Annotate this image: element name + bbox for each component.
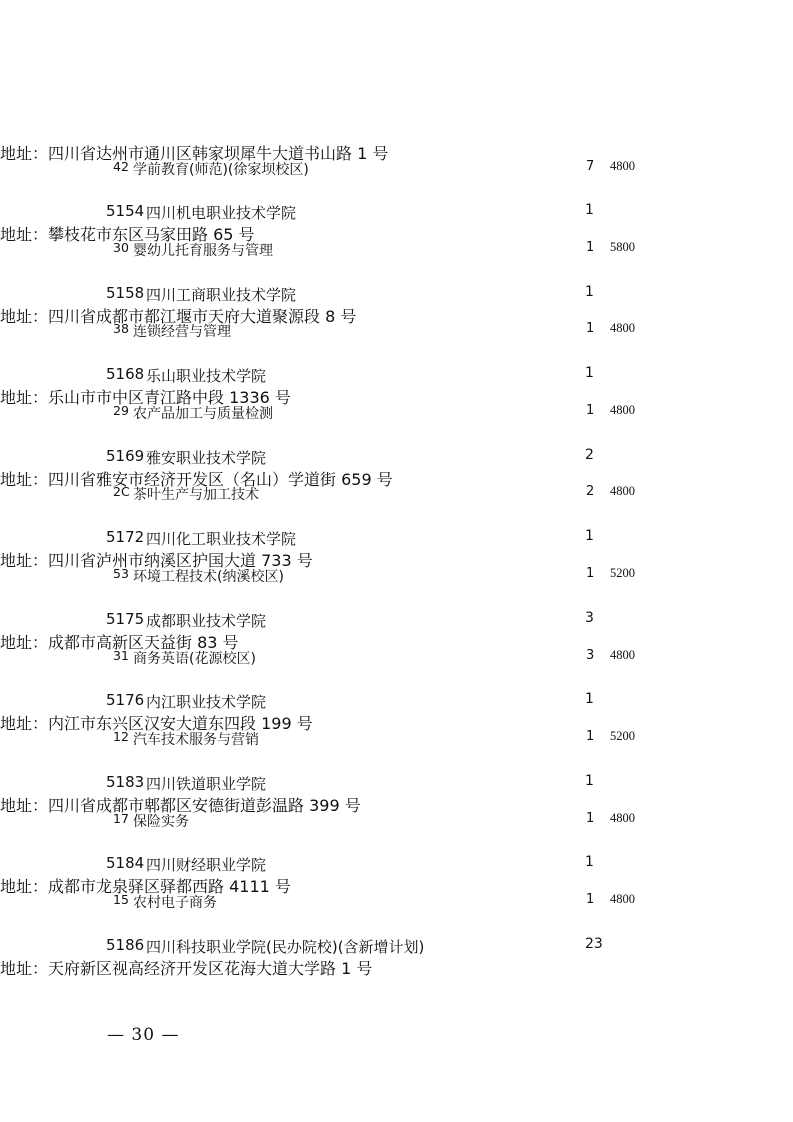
tuition-fee: 4800 xyxy=(610,321,635,336)
plan-count: 1 xyxy=(585,691,594,707)
plan-count: 1 xyxy=(586,729,596,744)
school-code: 5183 xyxy=(106,773,144,791)
plan-count: 1 xyxy=(586,566,596,581)
school-name: 四川财经职业学院 xyxy=(146,854,266,875)
major-code: 31 xyxy=(113,648,129,663)
major-code: 30 xyxy=(113,240,129,255)
plan-count: 1 xyxy=(586,321,596,336)
address-label: 地址： xyxy=(0,714,48,733)
school-name: 乐山职业技术学院 xyxy=(146,365,266,386)
tuition-fee: 4800 xyxy=(610,403,635,418)
plan-count: 1 xyxy=(586,403,596,418)
address-label: 地址： xyxy=(0,225,48,244)
plan-count: 7 xyxy=(586,159,596,174)
tuition-fee: 4800 xyxy=(610,159,635,174)
major-code: 53 xyxy=(113,566,129,581)
plan-count: 3 xyxy=(585,610,594,626)
major-code: 15 xyxy=(113,892,129,907)
address-text: 天府新区视高经济开发区花海大道大学路 1 号 xyxy=(48,959,372,978)
address-label: 地址： xyxy=(0,470,48,489)
address-line: 地址：天府新区视高经济开发区花海大道大学路 1 号 xyxy=(0,956,793,979)
major-name: 婴幼儿托育服务与管理 xyxy=(133,240,273,260)
major-name: 汽车技术服务与营销 xyxy=(133,729,259,749)
major-name: 商务英语(花源校区) xyxy=(133,648,256,668)
plan-count: 1 xyxy=(585,284,594,300)
plan-count: 23 xyxy=(585,936,603,952)
school-code: 5168 xyxy=(106,365,144,383)
plan-count: 3 xyxy=(586,648,596,663)
school-code: 5184 xyxy=(106,854,144,872)
school-code: 5158 xyxy=(106,284,144,302)
major-code: 42 xyxy=(113,159,129,174)
major-name: 学前教育(师范)(徐家坝校区) xyxy=(133,159,309,179)
major-name: 农村电子商务 xyxy=(133,892,217,912)
school-code: 5176 xyxy=(106,691,144,709)
plan-count: 1 xyxy=(586,892,596,907)
tuition-fee: 4800 xyxy=(610,811,635,826)
plan-count: 2 xyxy=(585,447,594,463)
address-label: 地址： xyxy=(0,877,48,896)
major-name: 环境工程技术(纳溪校区) xyxy=(133,566,284,586)
major-name: 保险实务 xyxy=(133,811,189,831)
address-label: 地址： xyxy=(0,551,48,570)
school-name: 四川化工职业技术学院 xyxy=(146,528,296,549)
address-label: 地址： xyxy=(0,633,48,652)
school-name: 四川机电职业技术学院 xyxy=(146,202,296,223)
school-name: 四川工商职业技术学院 xyxy=(146,284,296,305)
tuition-fee: 5800 xyxy=(610,240,635,255)
plan-count: 1 xyxy=(585,365,594,381)
major-code: 38 xyxy=(113,321,129,336)
major-code: 29 xyxy=(113,403,129,418)
school-code: 5169 xyxy=(106,447,144,465)
tuition-fee: 5200 xyxy=(610,729,635,744)
plan-count: 1 xyxy=(586,240,596,255)
address-text: 四川省成都市郫都区安德街道彭温路 399 号 xyxy=(48,796,361,815)
school-name: 成都职业技术学院 xyxy=(146,610,266,631)
school-name: 四川科技职业学院(民办院校)(含新增计划) xyxy=(146,936,424,957)
major-code: 17 xyxy=(113,811,129,826)
tuition-fee: 4800 xyxy=(610,648,635,663)
address-label: 地址： xyxy=(0,796,48,815)
major-code: 12 xyxy=(113,729,129,744)
school-code: 5175 xyxy=(106,610,144,628)
major-name: 茶叶生产与加工技术 xyxy=(133,484,259,504)
school-code: 5186 xyxy=(106,936,144,954)
address-label: 地址： xyxy=(0,307,48,326)
school-code: 5154 xyxy=(106,202,144,220)
plan-count: 1 xyxy=(585,528,594,544)
address-label: 地址： xyxy=(0,144,48,163)
school-name: 四川铁道职业学院 xyxy=(146,773,266,794)
address-label: 地址： xyxy=(0,959,48,978)
tuition-fee: 5200 xyxy=(610,566,635,581)
school-code: 5172 xyxy=(106,528,144,546)
plan-count: 1 xyxy=(585,202,594,218)
tuition-fee: 4800 xyxy=(610,892,635,907)
plan-count: 1 xyxy=(585,854,594,870)
major-name: 农产品加工与质量检测 xyxy=(133,403,273,423)
plan-count: 2 xyxy=(586,484,596,499)
plan-count: 1 xyxy=(586,811,596,826)
plan-count: 1 xyxy=(585,773,594,789)
document-page: 地址：四川省达州市通川区韩家坝犀牛大道书山路 1 号42学前教育(师范)(徐家坝… xyxy=(0,0,793,1122)
major-code: 2C xyxy=(113,484,130,499)
tuition-fee: 4800 xyxy=(610,484,635,499)
major-name: 连锁经营与管理 xyxy=(133,321,231,341)
page-number: — 30 — xyxy=(107,1025,179,1045)
school-name: 内江职业技术学院 xyxy=(146,691,266,712)
address-label: 地址： xyxy=(0,388,48,407)
school-name: 雅安职业技术学院 xyxy=(146,447,266,468)
